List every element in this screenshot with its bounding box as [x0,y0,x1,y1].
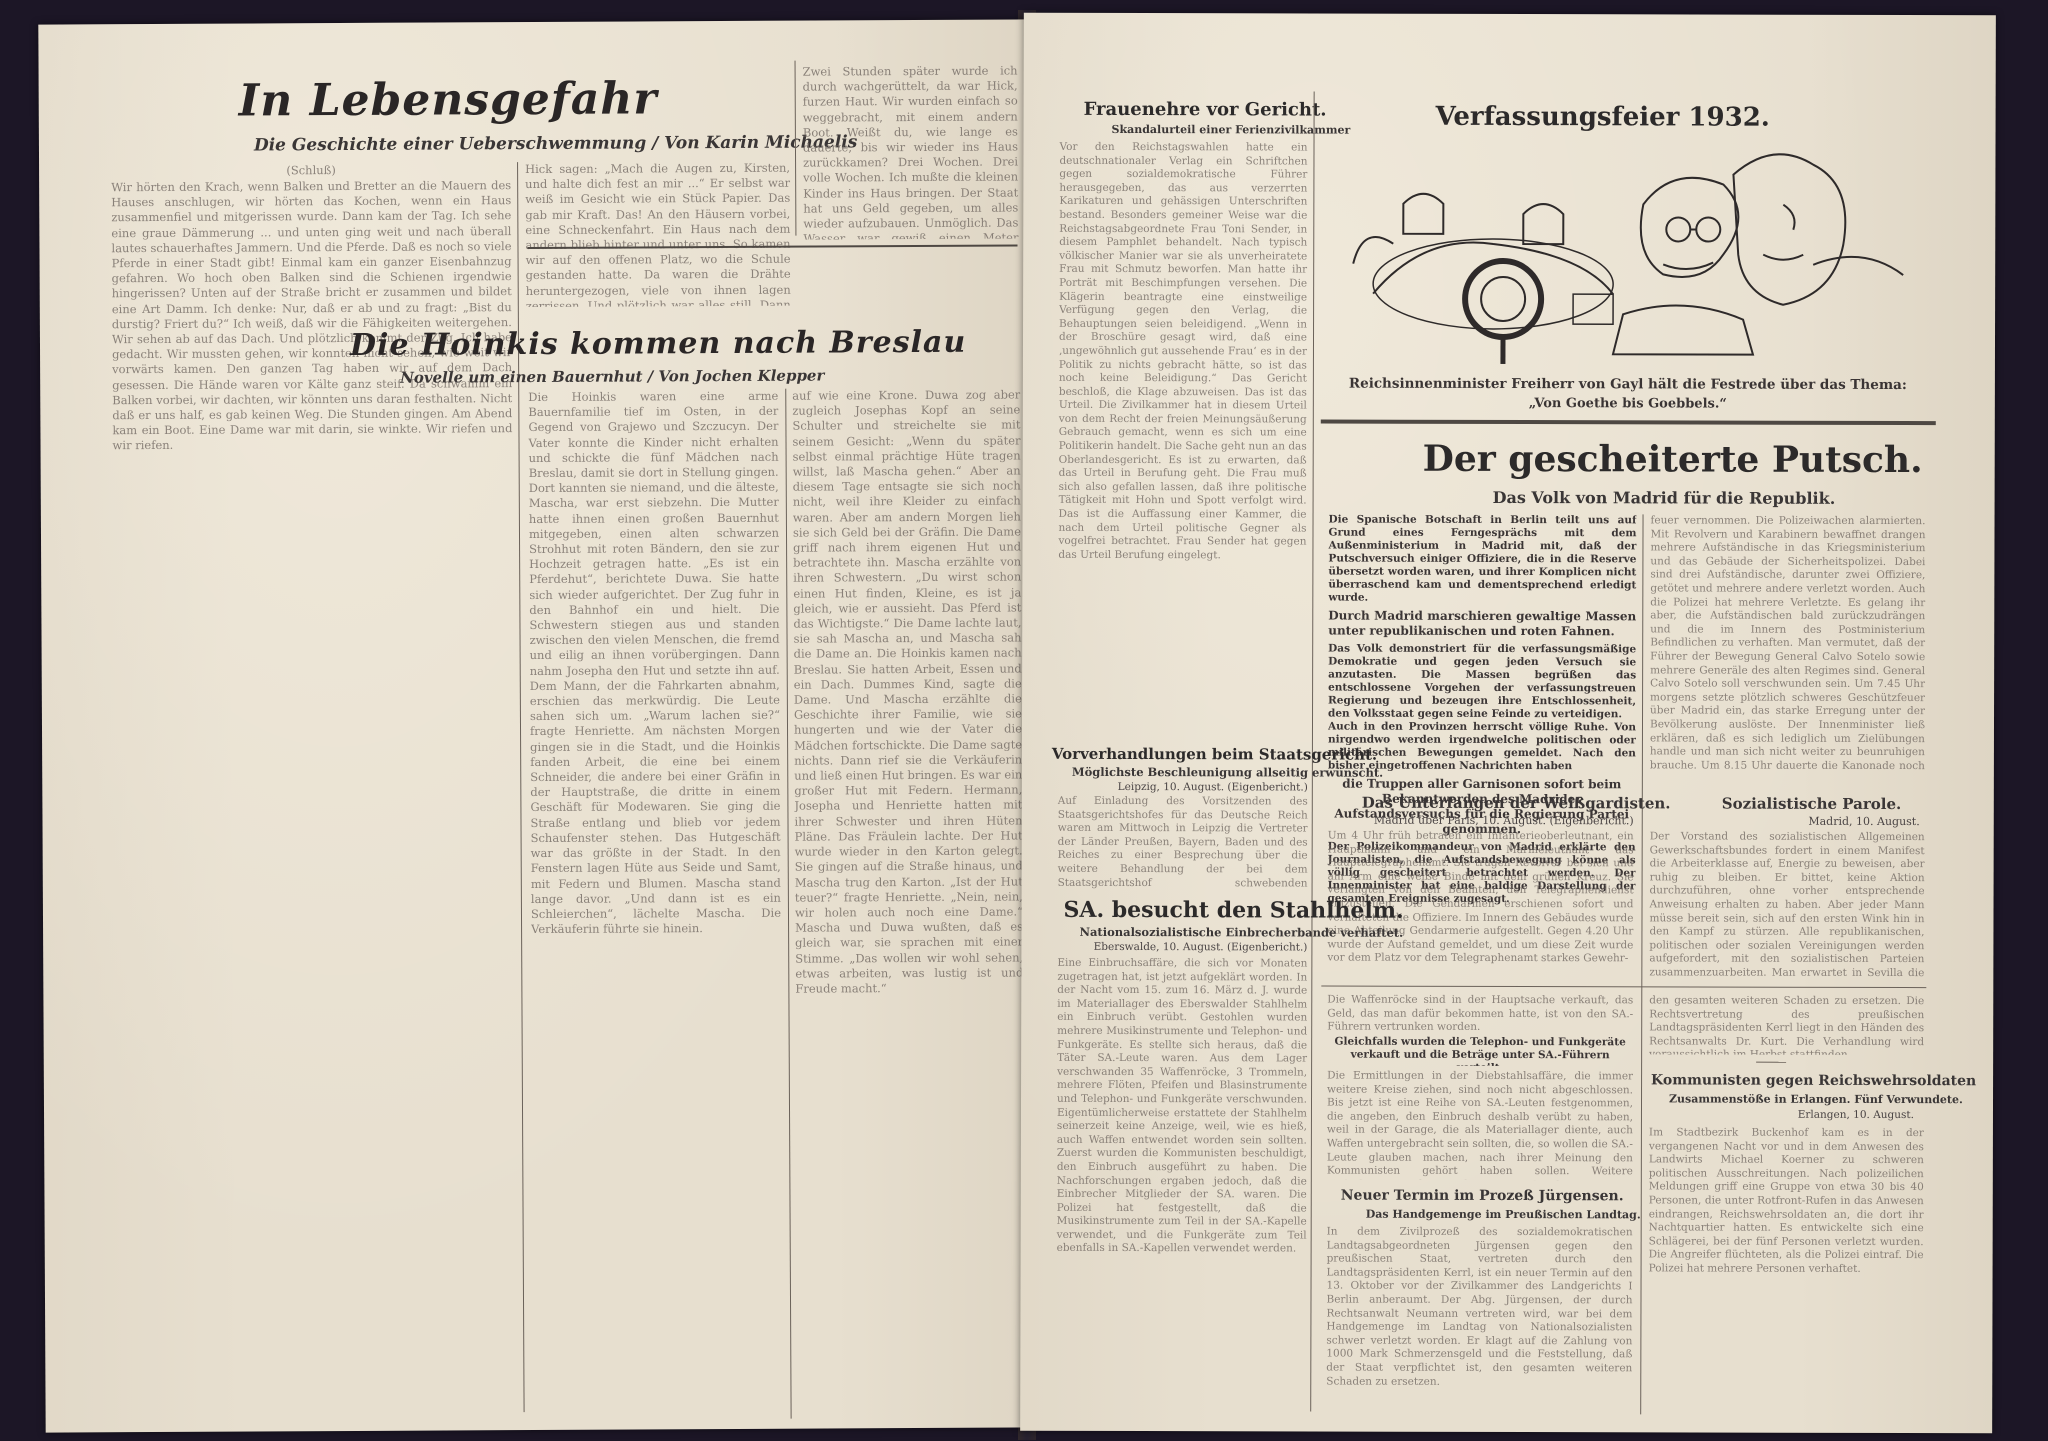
caricature-illustration [1343,144,1914,365]
column-divider [785,389,791,1419]
section-separator-rule [1756,1062,1786,1063]
headline-sa-stahlhelm: SA. besucht den Stahlhelm. [1063,897,1403,924]
putsch-lead-2: Durch Madrid marschieren gewaltige Masse… [1328,609,1636,640]
subheadline-ueberschwemmung: Die Geschichte einer Ueberschwemmung / V… [254,132,857,155]
sozialistische-parole-text: Der Vorstand des sozialistischen Allgeme… [1649,830,1924,981]
headline-neuer-termin: Neuer Termin im Prozeß Jürgensen. [1341,1188,1624,1205]
headline-verfassungsfeier: Verfassungsfeier 1932. [1436,102,1770,133]
section-separator-rule [1321,986,1926,989]
frauenehre-text: Vor den Reichstagswahlen hatte ein deuts… [1058,141,1307,687]
headline-sozialistische-parole: Sozialistische Parole. [1722,795,1902,813]
weissgardisten-dateline: Madrid über Paris, 10. August. (Eigenber… [1328,814,1634,828]
subheadline-erlangen: Zusammenstöße in Erlangen. Fünf Verwunde… [1669,1092,1963,1106]
kommunisten-intro-text: den gesamten weiteren Schaden zu ersetze… [1649,994,1924,1055]
article1-col1-text: Wir hörten den Krach, wenn Balken und Br… [111,178,517,1420]
right-newspaper-page: Frauenehre vor Gericht. Skandalurteil ei… [1020,13,1996,1434]
subheadline-beschleunigung: Möglichste Beschleunigung allseitig erwü… [1072,765,1383,780]
kommunisten-dateline: Erlangen, 10. August. [1649,1108,1914,1121]
article2-col1-text: Die Hoinkis waren eine arme Bauernfamili… [528,389,783,1420]
putsch-lead-column: Die Spanische Botschaft in Berlin teilt … [1328,514,1637,765]
sozialistische-parole-dateline: Madrid, 10. August. [1650,814,1920,828]
subheadline-einbrecherbande: Nationalsozialistische Einbrecherbande v… [1079,925,1403,940]
staatsgericht-text: Auf Einladung des Vorsitzenden des Staat… [1058,795,1308,891]
sa-middle-text: Die Waffenröcke sind in der Hauptsache v… [1327,994,1633,1035]
sa-middle-bold-note: Gleichfalls wurden die Telephon- und Fun… [1327,1036,1633,1067]
putsch-right-column-text: feuer vernommen. Die Polizeiwachen alarm… [1650,514,1926,770]
sa-middle-text-2: Die Ermittlungen in der Diebstahlsaffäre… [1327,1070,1633,1181]
sa-stahlhelm-dateline: Eberswalde, 10. August. (Eigenbericht.) [1057,941,1307,954]
column-divider [1640,514,1643,1414]
illustration-caption-line1: Reichsinnenminister Freiherr von Gayl hä… [1323,376,1933,394]
staatsgericht-dateline: Leipzig, 10. August. (Eigenbericht.) [1058,781,1308,794]
kommunisten-text: Im Stadtbezirk Buckenhof kam es in der v… [1648,1126,1923,1317]
headline-kommunisten: Kommunisten gegen Reichswehrsoldaten [1651,1072,1976,1089]
section-separator-rule [1321,420,1936,426]
article1-col2-text: Hick sagen: „Mach die Augen zu, Kirsten,… [525,161,791,307]
headline-weissgardisten: Das Unterfangen der Weißgardisten. [1362,794,1671,813]
headline-hoinkis: Die Hoinkis kommen nach Breslau [350,325,966,363]
article2-col2-text: auf wie eine Krone. Duwa zog aber zuglei… [792,387,1025,1418]
sa-stahlhelm-text: Eine Einbruchsaffäre, die sich vor Monat… [1056,957,1307,1388]
headline-staatsgericht: Vorverhandlungen beim Staatsgericht. [1052,745,1377,764]
headline-in-lebensgefahr: In Lebensgefahr [239,73,658,126]
subheadline-volk-von-madrid: Das Volk von Madrid für die Republik. [1493,488,1836,508]
article1-col3-text: Zwei Stunden später wurde ich durch wach… [803,63,1019,239]
subheadline-handgemenge: Das Handgemenge im Preußischen Landtag. [1366,1208,1641,1222]
putsch-lead-3: Das Volk demonstriert für die verfassung… [1328,643,1636,722]
illustration-caption-line2: „Von Goethe bis Goebbels.“ [1323,396,1933,413]
subheadline-bauernhut: Novelle um einen Bauernhut / Von Jochen … [400,366,824,386]
putsch-lead-1: Die Spanische Botschaft in Berlin teilt … [1328,514,1636,606]
headline-frauenehre: Frauenehre vor Gericht. [1084,99,1327,121]
headline-gescheiterte-putsch: Der gescheiterte Putsch. [1423,438,1923,481]
neuer-termin-text: In dem Zivilprozeß des sozialdemokratisc… [1326,1226,1632,1412]
left-newspaper-page: In Lebensgefahr Die Geschichte einer Ueb… [38,19,1033,1432]
